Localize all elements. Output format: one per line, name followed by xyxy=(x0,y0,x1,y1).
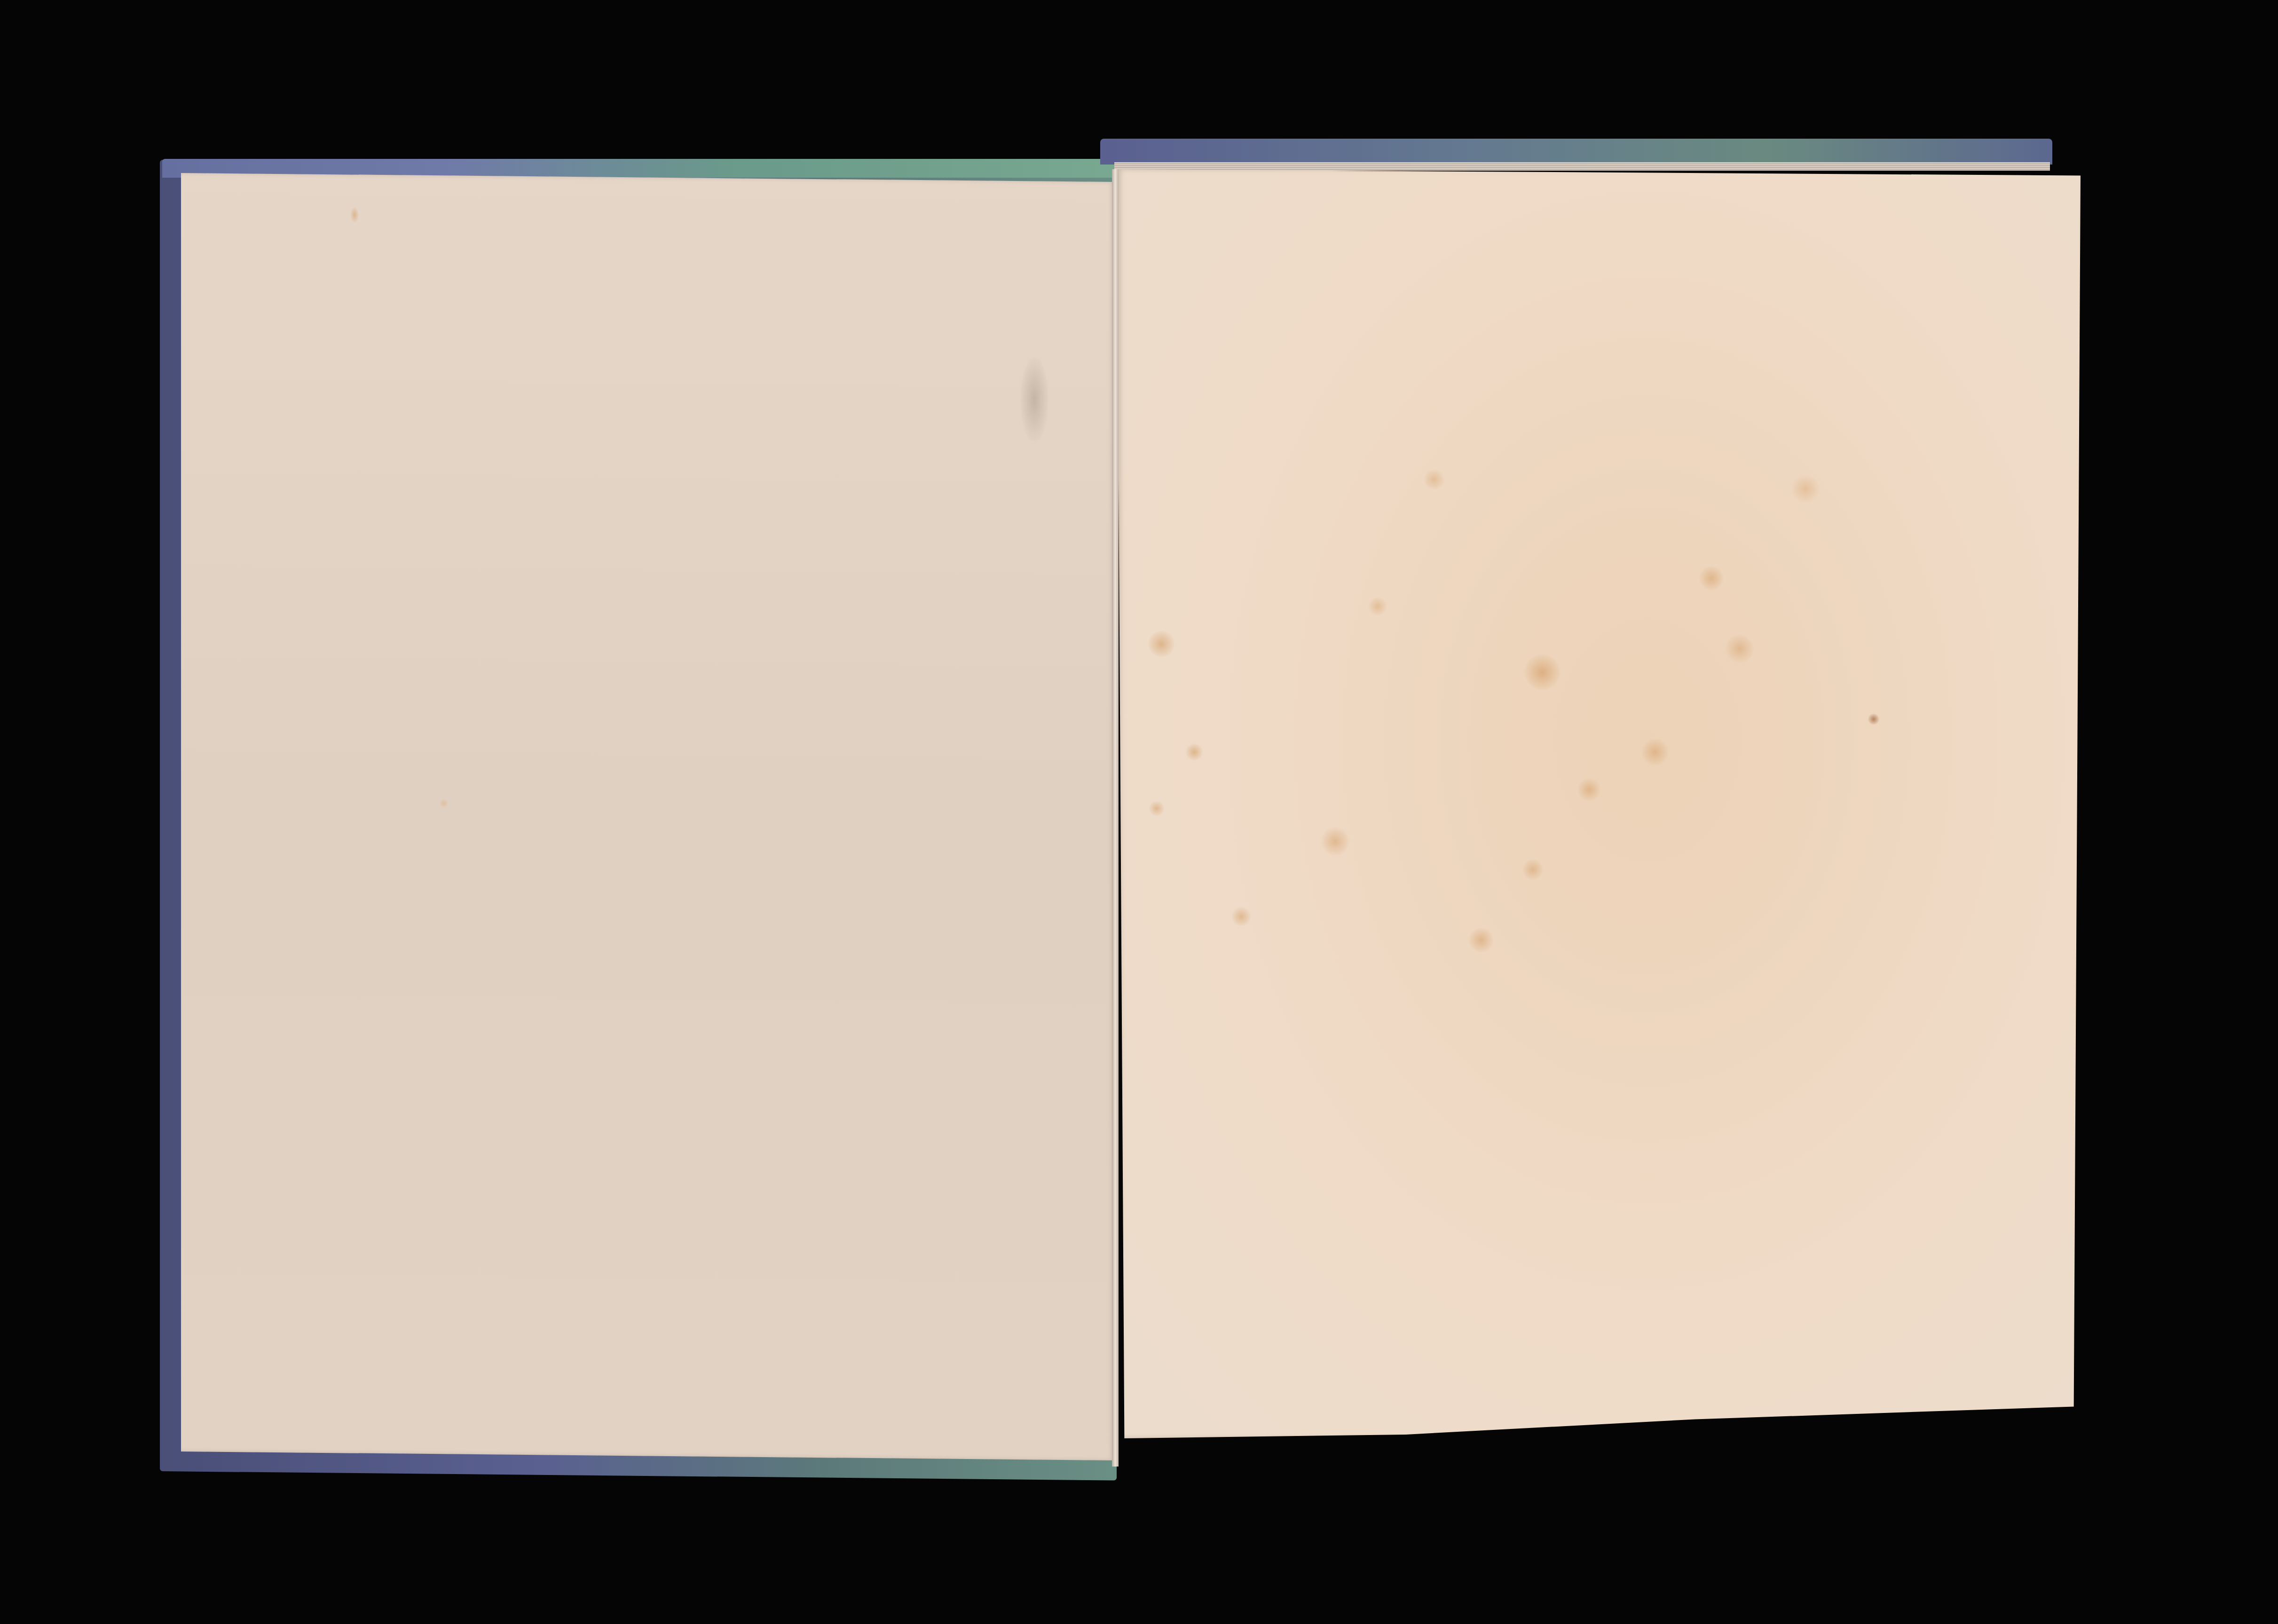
foxing-spot xyxy=(1726,635,1754,663)
foxing-spot xyxy=(1522,859,1543,880)
page-mark xyxy=(350,207,359,223)
foxing-spot xyxy=(1368,597,1387,616)
foxing-spot xyxy=(1642,739,1668,765)
foxing-spot xyxy=(1321,827,1349,855)
foxing-spot xyxy=(1149,801,1164,816)
right-endpaper xyxy=(1117,169,2081,1438)
book-gutter xyxy=(1112,169,1119,1467)
page-mark xyxy=(440,799,448,808)
foxing-spot xyxy=(1186,744,1203,761)
foxing-spot xyxy=(1868,714,1879,725)
page-mark xyxy=(1020,357,1048,442)
foxing-spot xyxy=(1791,475,1820,503)
foxing-spot xyxy=(1524,654,1560,690)
left-endpaper xyxy=(181,173,1114,1460)
right-cover-top-edge xyxy=(1100,139,2052,165)
foxing-spot xyxy=(1469,928,1493,952)
foxing-spot xyxy=(1424,469,1444,490)
text-block-edges xyxy=(1114,162,2050,171)
foxing-spot xyxy=(1699,566,1724,590)
foxing-spot xyxy=(1148,631,1174,657)
foxing-spot xyxy=(1232,907,1251,926)
foxing-spot xyxy=(1578,778,1600,801)
